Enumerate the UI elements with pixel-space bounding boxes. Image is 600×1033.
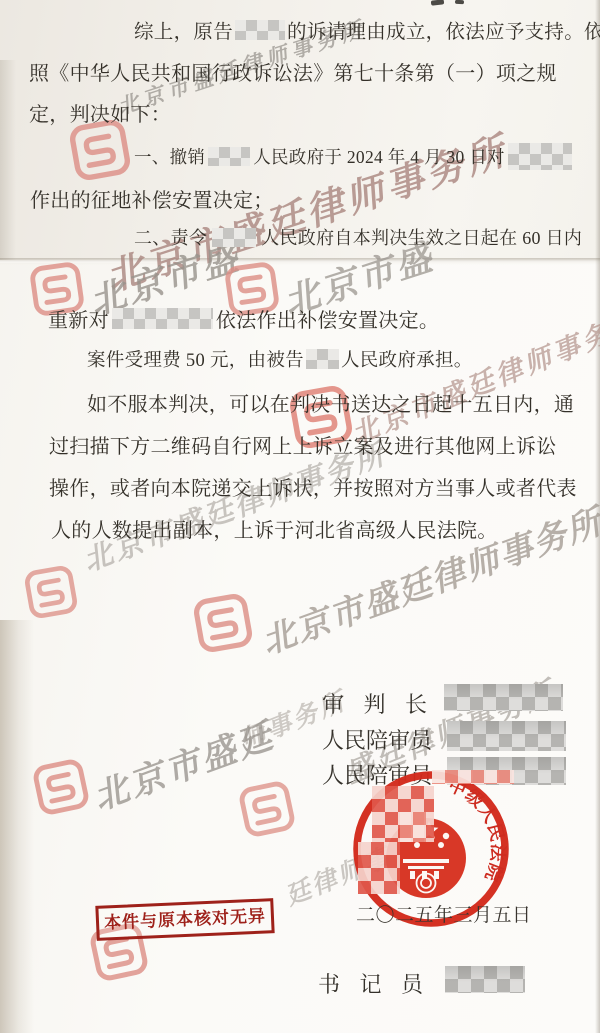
body-text: 照《中华人民共和国行政诉讼法》第七十条第（一）项之规	[29, 57, 557, 86]
judgment-line: 综上，原告 的诉请理由成立，依法应予支持。依	[134, 16, 600, 44]
redacted-plaintiff-name	[235, 20, 285, 40]
body-text: 如不服本判决，可以在判决书送达之日起十五日内，通	[87, 388, 574, 417]
redacted-seal-text	[432, 770, 514, 784]
body-text: 人民政府自本判决生效之日起在 60 日内	[261, 224, 582, 250]
redacted-judge-name	[444, 684, 563, 711]
body-text: 二、责令	[134, 224, 207, 250]
redacted-seal-text	[358, 842, 400, 894]
redacted-clerk-name	[445, 966, 525, 993]
body-text: 人的人数提出副本，上诉于河北省高级人民法院。	[51, 514, 498, 543]
scanned-judgment-page: 北京市盛廷律师事务所 北京市盛廷律师事务所 北京市盛 北京市盛 北京市盛廷律师事…	[0, 0, 600, 1033]
redacted-government-name	[306, 349, 339, 369]
body-text: 过扫描下方二维码自行网上上诉立案及进行其他网上诉讼	[49, 430, 557, 459]
body-text: 一、撤销	[134, 144, 205, 169]
body-text: 重新对	[48, 304, 109, 333]
judgment-line: 作出的征地补偿安置决定；	[30, 184, 274, 213]
judgment-line: 案件受理费 50 元，由被告 人民政府承担。	[87, 346, 473, 372]
judgment-line: 定，判决如下：	[29, 98, 171, 127]
judgment-line: 照《中华人民共和国行政诉讼法》第七十条第（一）项之规	[29, 57, 557, 86]
judgment-item-2: 二、责令 人民政府自本判决生效之日起在 60 日内	[134, 224, 582, 250]
redacted-party-name	[508, 143, 572, 170]
presiding-judge-label: 审 判 长	[322, 688, 440, 719]
judgment-line: 重新对 依法作出补偿安置决定。	[48, 304, 439, 333]
body-text: 的诉请理由成立，依法应予支持。依	[287, 16, 600, 44]
clerk-label: 书 记 员	[318, 968, 436, 999]
judgment-item-1: 一、撤销 人民政府于 2024 年 4 月 30 日对	[134, 143, 572, 170]
page-boundary-shadow	[0, 258, 600, 265]
judgment-line: 操作，或者向本院递交上诉状，并按照对方当事人或者代表	[49, 472, 577, 501]
judgment-line: 如不服本判决，可以在判决书送达之日起十五日内，通	[87, 388, 574, 417]
body-text: 定，判决如下：	[29, 98, 171, 127]
judgment-line: 过扫描下方二维码自行网上上诉立案及进行其他网上诉讼	[49, 430, 557, 459]
body-text: 依法作出补偿安置决定。	[216, 304, 439, 333]
redacted-government-name	[208, 147, 250, 166]
judgment-line: 人的人数提出副本，上诉于河北省高级人民法院。	[51, 514, 498, 543]
redacted-seal-text	[400, 812, 426, 842]
body-text: 案件受理费 50 元，由被告	[87, 346, 304, 372]
judgment-date: 二〇二五年三月五日	[356, 900, 532, 927]
redacted-government-name	[212, 228, 256, 247]
people-assessor-label: 人民陪审员	[322, 724, 440, 755]
body-text: 作出的征地补偿安置决定；	[30, 184, 274, 213]
redacted-party-name	[112, 308, 213, 329]
redacted-assessor-name	[447, 721, 566, 751]
body-text: 操作，或者向本院递交上诉状，并按照对方当事人或者代表	[49, 472, 577, 501]
body-text: 人民政府承担。	[341, 346, 473, 372]
cut-text-speck	[455, 0, 464, 4]
body-text: 人民政府于 2024 年 4 月 30 日对	[253, 144, 505, 169]
body-text: 综上，原告	[134, 16, 233, 44]
